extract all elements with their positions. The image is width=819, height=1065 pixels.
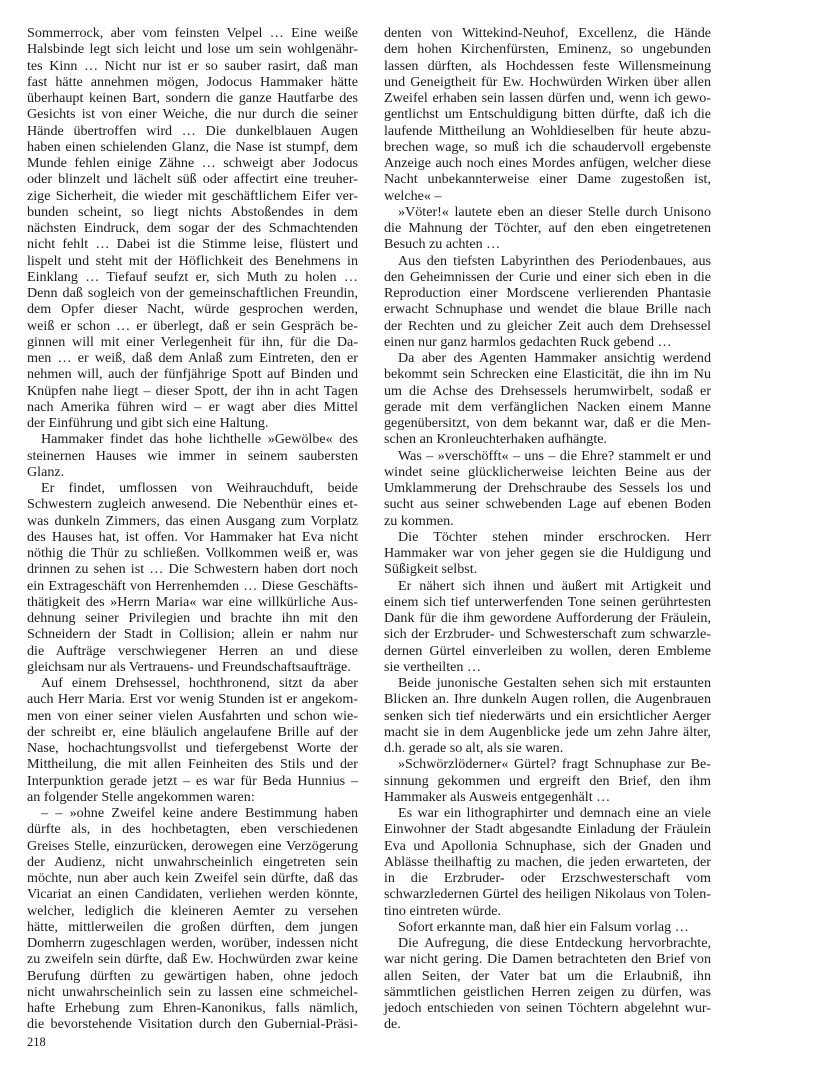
text-line: erwacht Schnuphase und wendet die blaue …	[384, 301, 711, 317]
text-line: dem Opfer dieser Nacht, würde gesprochen…	[27, 301, 358, 317]
paragraph: – – »ohne Zweifel keine andere Bestimmun…	[27, 805, 358, 1033]
paragraph: Sofort erkannte man, daß hier ein Falsum…	[384, 919, 711, 935]
text-line: einen nur ganz harmlos gedachten Ruck ge…	[384, 334, 711, 350]
text-line: nicht fehlt … Dabei ist die Stimme leise…	[27, 236, 358, 252]
paragraph: »Vöter!« lautete eben an dieser Stelle d…	[384, 204, 711, 253]
text-line: nächsten Eindruck, dem sogar der des Sch…	[27, 220, 358, 236]
text-line: tino eintreten würde.	[384, 903, 711, 919]
text-line: Denn daß sogleich von der gemeinschaftli…	[27, 285, 358, 301]
text-line: d.h. gerade so alt, als sie waren.	[384, 740, 711, 756]
text-line: denten von Wittekind-Neuhof, Excellenz, …	[384, 25, 711, 41]
text-line: gleichsam nur als Vertrauens- und Freund…	[27, 659, 358, 675]
paragraph: Es war ein lithographirter und demnach e…	[384, 805, 711, 919]
text-line: Hammaker findet das hohe lichthelle »Gew…	[27, 431, 358, 447]
text-line: auch Herr Maria. Erst vor wenig Stunden …	[27, 691, 358, 707]
text-line: Was – »verschöfft« – uns – die Ehre? sta…	[384, 448, 711, 464]
text-line: oder blinzelt und lächelt süß oder affec…	[27, 171, 358, 187]
text-line: Knüpfen nahe liegt – dieser Spott, der i…	[27, 383, 358, 399]
text-line: den Geheimnissen der Curie und einer sic…	[384, 269, 711, 285]
text-line: men … er weiß, daß dem Anlaß zum Eintret…	[27, 350, 358, 366]
text-line: Die Töchter stehen minder erschrocken. H…	[384, 529, 711, 545]
text-line: zige Sicherheit, die wieder mit geschäft…	[27, 188, 358, 204]
text-line: Hammaker als Ausweis entgegenhält …	[384, 789, 711, 805]
text-line: Anzeige auch noch eines Mordes anfügen, …	[384, 155, 711, 171]
text-line: Nacht unbekannterweise einer Dame zugest…	[384, 171, 711, 187]
text-line: dem hohen Kirchenfürsten, Eminenz, so un…	[384, 41, 711, 57]
paragraph: denten von Wittekind-Neuhof, Excellenz, …	[384, 25, 711, 204]
text-line: Zweifel erhaben sein lassen dürfen und, …	[384, 90, 711, 106]
text-line: was dunkeln Zimmers, das einen Ausgang z…	[27, 513, 358, 529]
text-line: sämmtlichen geistlichen Herren zeigen zu…	[384, 984, 711, 1000]
text-line: an folgender Stelle angekommen waren:	[27, 789, 358, 805]
text-line: Mittheilung, die mit allen Feinheiten de…	[27, 756, 358, 772]
text-line: schen an Kronleuchterhaken aufhängte.	[384, 431, 711, 447]
text-line: Reproduction einer Mordscene verlierende…	[384, 285, 711, 301]
text-line: Einklang … Tiefauf seufzt er, sich Muth …	[27, 269, 358, 285]
text-line: und Geneigtheit für Ew. Hochwürden Wirke…	[384, 74, 711, 90]
text-line: Hammaker war von jeher gegen sie die Hul…	[384, 545, 711, 561]
text-line: schwarzledernen Gürtel des heiligen Niko…	[384, 886, 711, 902]
text-line: Ablässe theilhaftig zu machen, die jeden…	[384, 854, 711, 870]
text-line: des Hauses hat, ist offen. Vor Hammaker …	[27, 529, 358, 545]
text-line: zu zweifeln sein dürfte, daß Ew. Hochwür…	[27, 951, 358, 967]
text-line: Da aber des Agenten Hammaker ansichtig w…	[384, 350, 711, 366]
text-line: in die Erzbruder- oder Erzschwesterschaf…	[384, 870, 711, 886]
text-line: Vicariat an einen Candidaten, verliehen …	[27, 886, 358, 902]
text-line: Blicken an. Ihre dunkeln Augen rollen, d…	[384, 691, 711, 707]
text-line: drinnen zu sehen ist … Die Schwestern ha…	[27, 561, 358, 577]
text-line: Dank für die ihm gewordene Aufforderung …	[384, 610, 711, 626]
text-line: dernen Gürtel einverleiben zu wollen, de…	[384, 643, 711, 659]
text-line: möchte, nun aber auch kein Zweifel sein …	[27, 870, 358, 886]
text-line: hätte, mittlerweilen die großen dürften,…	[27, 919, 358, 935]
text-line: Besuch zu achten …	[384, 236, 711, 252]
text-line: die Mahnung der Töchter, auf den eben ei…	[384, 220, 711, 236]
text-line: überhaupt keinen Bart, sondern die ganze…	[27, 90, 358, 106]
text-line: Er findet, umflossen von Weihrauchduft, …	[27, 480, 358, 496]
text-line: der Einführung und gibt sich eine Haltun…	[27, 415, 358, 431]
text-line: Eva und Apollonia Schnuphase, sich der G…	[384, 838, 711, 854]
text-line: sucht aus seiner schwebenden Lage auf eb…	[384, 496, 711, 512]
page-number: 218	[27, 1035, 46, 1050]
text-line: welcher, lediglich die kleineren Aemter …	[27, 903, 358, 919]
text-line: Die Aufregung, die diese Entdeckung herv…	[384, 935, 711, 951]
text-line: bekommt sein Schrecken eine Elasticität,…	[384, 366, 711, 382]
text-line: Auf einem Drehsessel, hochthronend, sitz…	[27, 675, 358, 691]
text-line: ein Extrageschäft von Herrenhemden … Die…	[27, 578, 358, 594]
text-line: nehmen will, auch der fünfjährige Spott …	[27, 366, 358, 382]
text-line: Hände übertroffen wird … Die dunkelblaue…	[27, 123, 358, 139]
text-line: dehnung seiner Privilegien und brachte i…	[27, 610, 358, 626]
text-line: »Vöter!« lautete eben an dieser Stelle d…	[384, 204, 711, 220]
text-line: brechen wage, so muß ich die schaudervol…	[384, 139, 711, 155]
text-line: nöthig die Thür zu schließen. Vollkommen…	[27, 545, 358, 561]
text-line: der Audienz, nicht unwahrscheinlich eing…	[27, 854, 358, 870]
text-line: Domherrn zugeschlagen werden, worüber, i…	[27, 935, 358, 951]
text-line: nach Amerika führen wird – er wagt aber …	[27, 399, 358, 415]
text-line: Es war ein lithographirter und demnach e…	[384, 805, 711, 821]
text-line: haben einen schielenden Glanz, die Nase …	[27, 139, 358, 155]
text-line: die Aufträge verschwiegener Herren an un…	[27, 643, 358, 659]
text-line: lispelt und steht mit der Höflichkeit de…	[27, 253, 358, 269]
text-line: um die Achse des Drehsessels herumwirbel…	[384, 383, 711, 399]
text-line: Interpunktion gerade jetzt – es war für …	[27, 773, 358, 789]
text-line: Nase, hochachtungsvollst und tiefergeben…	[27, 740, 358, 756]
text-line: senken sich tief niederwärts und ein ers…	[384, 708, 711, 724]
text-line: sinnung gekommen und ergreift den Brief,…	[384, 773, 711, 789]
text-line: die bevorstehende Visitation durch den G…	[27, 1016, 358, 1032]
text-line: – – »ohne Zweifel keine andere Bestimmun…	[27, 805, 358, 821]
text-line: men von einer seiner vielen Ausfahrten u…	[27, 708, 358, 724]
paragraph: »Schwörzlöderner« Gürtel? fragt Schnupha…	[384, 756, 711, 805]
text-line: zu kommen.	[384, 513, 711, 529]
text-line: Aus den tiefsten Labyrinthen des Periode…	[384, 253, 711, 269]
text-line: weiß er schon … er überlegt, daß er sein…	[27, 318, 358, 334]
text-line: Glanz.	[27, 464, 358, 480]
text-line: thätigkeit des »Herrn Maria« war eine wi…	[27, 594, 358, 610]
left-column: Sommerrock, aber vom feinsten Velpel … E…	[27, 25, 358, 1033]
text-line: sie vertheilten …	[384, 659, 711, 675]
text-line: gegenübersitzt, von dem bekannt war, daß…	[384, 415, 711, 431]
paragraph: Sommerrock, aber vom feinsten Velpel … E…	[27, 25, 358, 431]
paragraph: Da aber des Agenten Hammaker ansichtig w…	[384, 350, 711, 448]
text-line: welche« –	[384, 188, 711, 204]
text-line: macht sie in dem Augenblicke jede um zeh…	[384, 724, 711, 740]
text-line: Sommerrock, aber vom feinsten Velpel … E…	[27, 25, 358, 41]
text-line: Berufung dürften zu gewärtigen haben, oh…	[27, 968, 358, 984]
text-line: gentlichst um Entschuldigung bitten dürf…	[384, 106, 711, 122]
text-line: laufende Mittheilung an Wohldieselben fü…	[384, 123, 711, 139]
text-line: Einwohner der Stadt abgesandte Einladung…	[384, 821, 711, 837]
paragraph: Beide junonische Gestalten sehen sich mi…	[384, 675, 711, 756]
text-line: windet seine glücklicherweise leichten B…	[384, 464, 711, 480]
paragraph: Die Töchter stehen minder erschrocken. H…	[384, 529, 711, 578]
right-column: denten von Wittekind-Neuhof, Excellenz, …	[384, 25, 711, 1033]
text-line: Beide junonische Gestalten sehen sich mi…	[384, 675, 711, 691]
text-line: sich der Erzbruder- und Schwesterschaft …	[384, 626, 711, 642]
paragraph: Was – »verschöfft« – uns – die Ehre? sta…	[384, 448, 711, 529]
text-line: Umklammerung der Drehschraube des Sessel…	[384, 480, 711, 496]
text-line: Gesichts ist von einer Weiche, die nur d…	[27, 106, 358, 122]
text-line: Halsbinde legt sich leicht und lose um s…	[27, 41, 358, 57]
text-line: Schwestern zugleich anwesend. Die Nebent…	[27, 496, 358, 512]
text-line: »Schwörzlöderner« Gürtel? fragt Schnupha…	[384, 756, 711, 772]
text-line: Er nähert sich ihnen und äußert mit Arti…	[384, 578, 711, 594]
text-line: Greises Stelle, einzurücken, derowegen e…	[27, 838, 358, 854]
text-line: der schreibt er, eine bläulich angelaufe…	[27, 724, 358, 740]
text-line: der Rechten und zu gleicher Zeit auch de…	[384, 318, 711, 334]
text-line: allen Seiten, der Vater bat um die Erlau…	[384, 968, 711, 984]
paragraph: Hammaker findet das hohe lichthelle »Gew…	[27, 431, 358, 480]
text-line: gerade mit dem verfänglichen Nacken eine…	[384, 399, 711, 415]
text-line: de.	[384, 1016, 711, 1032]
text-line: ginnen will mit einer Verlegenheit für i…	[27, 334, 358, 350]
text-line: war nicht gering. Die Damen betrachteten…	[384, 951, 711, 967]
text-line: nicht unwahrscheinlich sein zu lassen ei…	[27, 984, 358, 1000]
paragraph: Aus den tiefsten Labyrinthen des Periode…	[384, 253, 711, 351]
paragraph: Er nähert sich ihnen und äußert mit Arti…	[384, 578, 711, 676]
text-line: jedoch entschieden von seinen Töchtern a…	[384, 1000, 711, 1016]
paragraph: Die Aufregung, die diese Entdeckung herv…	[384, 935, 711, 1033]
text-line: Munde fehlen einige Zähne … schweigt abe…	[27, 155, 358, 171]
text-line: dürfte als, in des hochbetagten, eben ve…	[27, 821, 358, 837]
text-line: bunden scheint, so liegt nichts Abstoßen…	[27, 204, 358, 220]
text-line: fast hätte annehmen mögen, Jodocus Hamma…	[27, 74, 358, 90]
paragraph: Auf einem Drehsessel, hochthronend, sitz…	[27, 675, 358, 805]
paragraph: Er findet, umflossen von Weihrauchduft, …	[27, 480, 358, 675]
text-line: einem sich tief unterwerfenden Tone sein…	[384, 594, 711, 610]
text-line: Sofort erkannte man, daß hier ein Falsum…	[384, 919, 711, 935]
text-line: tes Kinn … Nicht nur ist er so sauber ra…	[27, 58, 358, 74]
text-line: Süßigkeit selbst.	[384, 561, 711, 577]
text-line: hafte Erhebung zum Ehren-Kanonikus, fall…	[27, 1000, 358, 1016]
text-line: Schneidern der Stadt in Collision; allei…	[27, 626, 358, 642]
text-line: steinernen Hauses wie immer in seinem sa…	[27, 448, 358, 464]
text-line: lassen dürften, als Hochdessen feste Wil…	[384, 58, 711, 74]
